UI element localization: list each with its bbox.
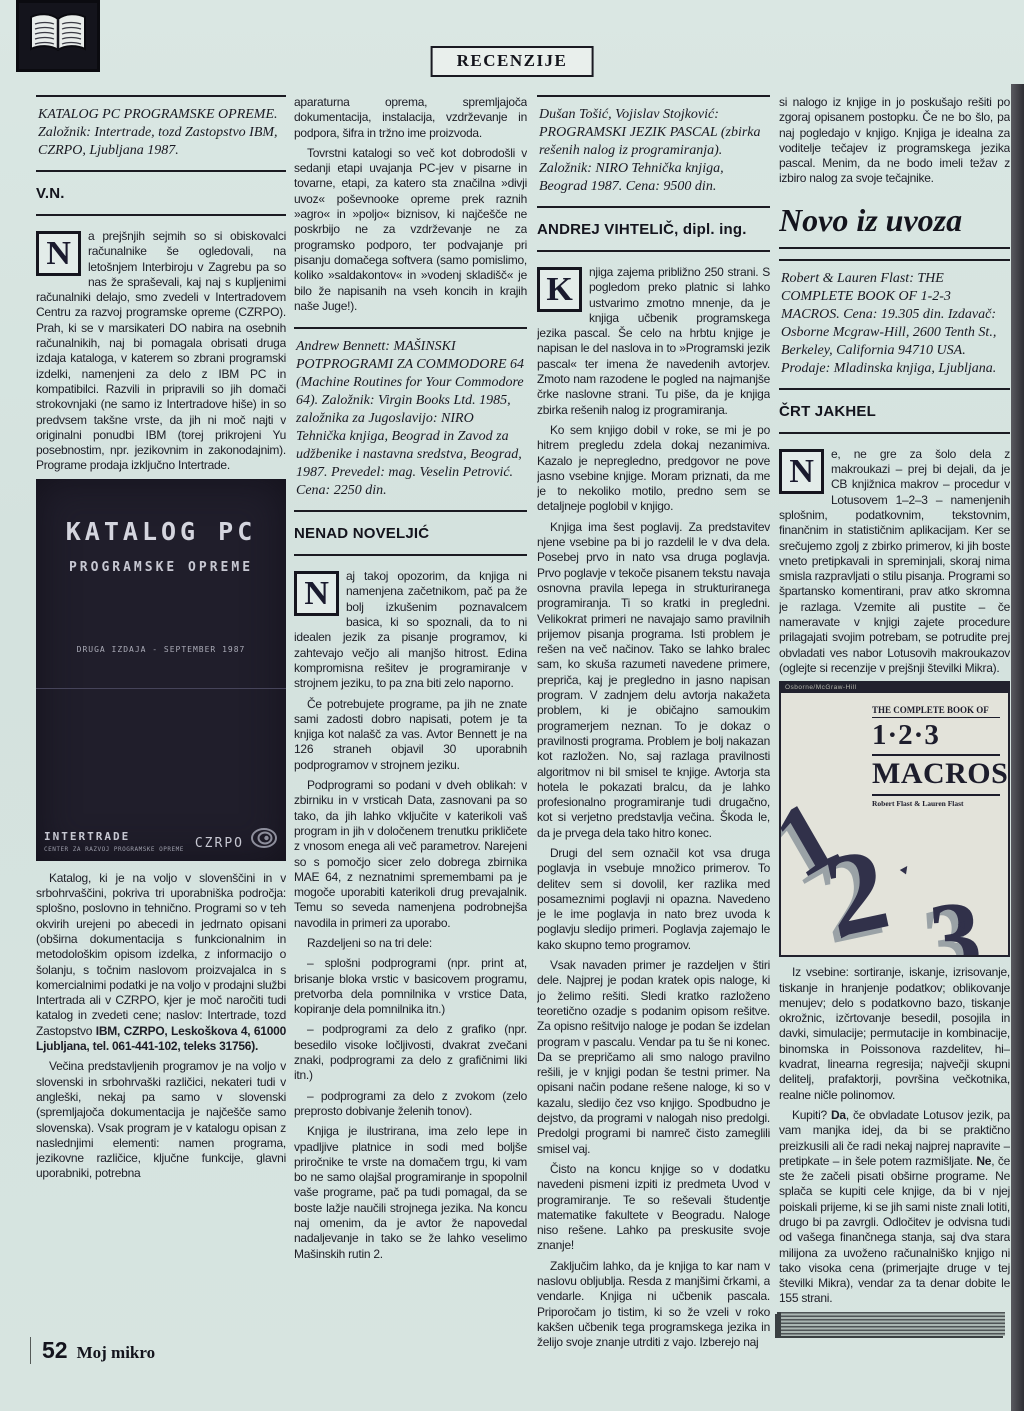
paragraph-text: , če ste že začeli pisati obširne progra… (779, 1154, 1010, 1306)
paragraph: Iz vsebine: sortiranje, iskanje, izrisov… (779, 965, 1010, 1103)
czrpo-eye-icon (250, 827, 278, 853)
page-edge-shadow (1011, 84, 1024, 1411)
page-number: 52 (42, 1337, 68, 1364)
citation-macros: Robert & Lauren Flast: THE COMPLETE BOOK… (779, 259, 1010, 390)
column-4: si nalogo iz knjige in jo poskušajo reši… (779, 95, 1010, 1307)
author-name: ANDREJ VIHTELIČ, dipl. ing. (537, 210, 770, 252)
triangle-icon: ▲ (896, 859, 915, 879)
citation-katalog: KATALOG PC PROGRAMSKE OPREME. Založnik: … (36, 95, 286, 172)
decorative-striped-bar (777, 1312, 1005, 1336)
paragraph: Podprogrami so podani v dveh oblikah: v … (294, 778, 527, 931)
paragraph: Knjiga je ilustrirana, ima zelo lepe in … (294, 1124, 527, 1262)
section-heading: Novo iz uvoza (779, 192, 1010, 249)
column-1: KATALOG PC PROGRAMSKE OPREME. Založnik: … (36, 95, 286, 1335)
cover-publisher-bar: Osborne/McGraw-Hill (781, 683, 1008, 693)
author-name: V.N. (36, 174, 286, 216)
katalog-title: KATALOG PC (36, 517, 286, 546)
citation-masinski: Andrew Bennett: MAŠINSKI POTPROGRAMI ZA … (294, 327, 527, 512)
paragraph: Naj takoj opozorim, da knjiga ni namenje… (294, 569, 527, 691)
paragraph: si nalogo iz knjige in jo poskušajo reši… (779, 95, 1010, 187)
cover-series-line: THE COMPLETE BOOK OF (872, 705, 1000, 718)
paragraph: Vsak navaden primer je razdeljen v štiri… (537, 958, 770, 1157)
column-3: Dušan Tošić, Vojislav Stojković: PROGRAM… (537, 95, 770, 1363)
katalog-cover-image: KATALOG PC PROGRAMSKE OPREME DRUGA IZDAJ… (36, 479, 286, 861)
cover-digit-3: 3 (925, 878, 985, 958)
macros-book-cover: Osborne/McGraw-Hill THE COMPLETE BOOK OF… (779, 681, 1010, 957)
paragraph: Na prejšnjih sejmih so si obiskovalci ra… (36, 229, 286, 474)
magazine-name: Moj mikro (77, 1343, 156, 1363)
cover-authors: Robert Flast & Lauren Flast (872, 799, 1000, 808)
org-name: CZRPO (195, 836, 244, 851)
paragraph-text: Kupiti? (792, 1108, 831, 1122)
drop-cap: N (36, 231, 81, 276)
cover-macros-line: MACROS (872, 756, 1000, 796)
paragraph: Ne, ne gre za šolo dela z makroukazi – p… (779, 447, 1010, 676)
paragraph: Knjiga zajema približno 250 strani. S po… (537, 265, 770, 418)
paragraph: Katalog, ki je na voljo v slovenščini in… (36, 871, 286, 1055)
cover-123-line: 1·2·3 (872, 718, 1000, 756)
magazine-page: RECENZIJE KATALOG PC PROGRAMSKE OPREME. … (0, 0, 1024, 1411)
cover-title-block: THE COMPLETE BOOK OF 1·2·3 MACROS Robert… (872, 705, 1000, 808)
list-item: – podprogrami za delo z zvokom (zelo pre… (294, 1089, 527, 1120)
bold-ne: Ne (976, 1154, 991, 1168)
page-header: RECENZIJE (431, 46, 594, 77)
triangle-icon: ▲ (838, 928, 853, 941)
brand-subtitle: CENTER ZA RAZVOJ PROGRAMSKE OPREME (44, 846, 184, 853)
divider (36, 688, 286, 689)
author-name: ČRT JAKHEL (779, 392, 1010, 434)
katalog-edition: DRUGA IZDAJA - SEPTEMBER 1987 (36, 645, 286, 654)
paragraph-text: Katalog, ki je na voljo v slovenščini in… (36, 871, 286, 1038)
paragraph: Večina predstavljenih programov je na vo… (36, 1059, 286, 1181)
paragraph: Ko sem knjigo dobil v roke, se mi je po … (537, 423, 770, 515)
bold-da: Da (831, 1108, 846, 1122)
paragraph: Če potrebujete programe, pa jih ne znate… (294, 697, 527, 773)
page-footer: 52 Moj mikro (30, 1337, 155, 1364)
katalog-org-block: CZRPO (195, 827, 278, 853)
author-name: NENAD NOVELJIĆ (294, 514, 527, 556)
cover-digit-2: 2 (814, 821, 900, 958)
open-book-icon (27, 10, 89, 63)
paragraph: Knjiga ima šest poglavij. Za predstavite… (537, 520, 770, 841)
list-item: – podprogrami za delo z grafiko (npr. be… (294, 1022, 527, 1083)
citation-pascal: Dušan Tošić, Vojislav Stojković: PROGRAM… (537, 95, 770, 208)
drop-cap: N (294, 571, 339, 616)
list-item: – splošni podprogrami (npr. print at, br… (294, 956, 527, 1017)
paragraph: aparaturna oprema, spremljajoča dokument… (294, 95, 527, 141)
paragraph: Zaključim lahko, da je knjiga to kar nam… (537, 1259, 770, 1351)
brand-name: INTERTRADE (44, 830, 184, 843)
drop-cap: N (779, 449, 824, 494)
katalog-footer: INTERTRADE CENTER ZA RAZVOJ PROGRAMSKE O… (36, 827, 286, 853)
column-2: aparaturna oprema, spremljajoča dokument… (294, 95, 527, 1357)
paragraph: Čisto na koncu knjige so v dodatku naved… (537, 1162, 770, 1254)
drop-cap: K (537, 267, 582, 312)
paragraph: Razdeljeni so na tri dele: (294, 936, 527, 951)
paragraph: Kupiti? Da, če obvladate Lotusov jezik, … (779, 1108, 1010, 1307)
paragraph: Drugi del sem označil kot vsa druga pogl… (537, 846, 770, 953)
katalog-brand-block: INTERTRADE CENTER ZA RAZVOJ PROGRAMSKE O… (44, 830, 184, 853)
paragraph: Tovrstni katalogi so več kot dobrodošli … (294, 146, 527, 314)
katalog-subtitle: PROGRAMSKE OPREME (36, 560, 286, 575)
book-logo (16, 0, 100, 72)
